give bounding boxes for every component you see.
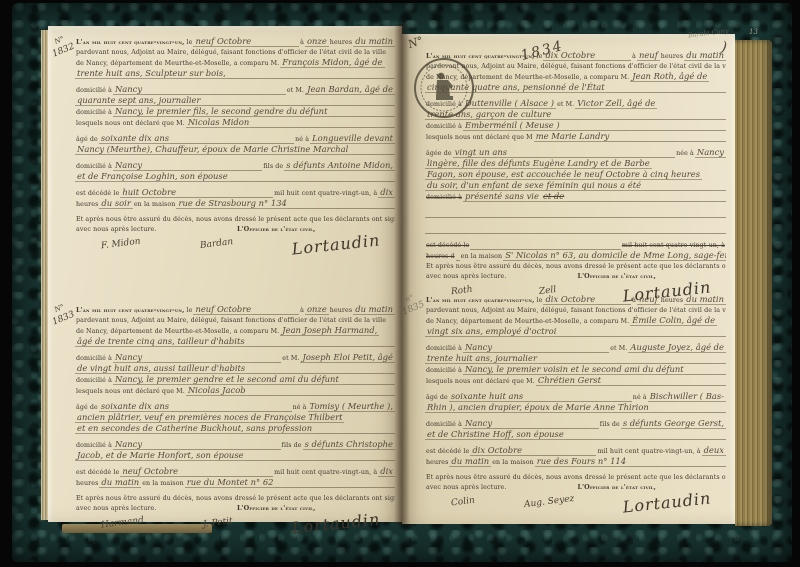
record-line: et en secondes de Catherine Buckhout, sa… (75, 423, 395, 434)
ruled-line (558, 326, 726, 337)
handwritten-entry: Emberménil ( Meuse ) (463, 120, 562, 131)
handwritten-entry: Nancy, le premier voisin et le second am… (463, 364, 686, 375)
record-line: Jacob, et de Marie Honfort, son épouse (75, 450, 395, 461)
printed-heading: L'an mil huit cent quatre-vingt-un, (75, 306, 185, 315)
ruled-line (144, 160, 262, 171)
ruled-line (203, 95, 395, 106)
ruled-line (566, 191, 726, 202)
witness-signature: Aug. Seyez (523, 494, 574, 510)
handwritten-entry: neuf Octobre (193, 304, 253, 315)
handwritten-entry: onze (305, 36, 329, 47)
handwritten-entry: Nancy (463, 418, 494, 429)
ruled-line (171, 401, 291, 412)
printed-text: et M. (286, 86, 305, 95)
printed-text: lesquels nous ont déclaré que M. (75, 119, 186, 128)
handwritten-entry: Nancy (Meurthe), Chauffeur, époux de Mar… (75, 144, 350, 155)
record-line: L'an mil huit cent quatre-vingt-un,leneu… (75, 304, 395, 315)
handwritten-entry: Nancy, le premier gendre et le second am… (113, 374, 341, 385)
record-line: ancien plâtrier, veuf en premières noces… (75, 412, 395, 423)
record-line: heuresdu matinen la maisonrue du Montet … (75, 477, 395, 488)
register-page-left: N°1832L'an mil huit cent quatre-vingt-un… (48, 26, 402, 522)
ruled-line (230, 171, 395, 182)
death-record-1832: N°1832L'an mil huit cent quatre-vingt-un… (75, 36, 395, 269)
register-page-right: N° 1834 ) L'an mil huit cent quatre-ving… (402, 34, 735, 524)
printed-text: heures (329, 38, 353, 47)
ruled-line (566, 429, 726, 440)
printed-text: domicilié à (75, 441, 113, 450)
printed-text: le (185, 306, 193, 315)
ruled-line (341, 374, 395, 385)
officer-signature: Lortaudin (622, 488, 712, 516)
printed-text: mil huit cent quatre-vingt-un, à (273, 468, 378, 477)
printed-heading: L'Officier de l'état civil, (577, 272, 657, 281)
ruled-line (525, 391, 632, 402)
record-line: trente ans, garçon de culture (425, 109, 726, 120)
handwritten-entry: du matin (449, 456, 491, 467)
record-line (425, 223, 726, 234)
printed-text: en la maison (141, 479, 185, 488)
record-line: Et après nous être assuré du décès, nous… (75, 493, 395, 503)
ruled-line (553, 109, 726, 120)
record-line: domicilié àNancy, le premier voisin et l… (425, 364, 726, 375)
printed-text: et M. (609, 344, 628, 353)
handwritten-entry: rue du Montet n° 62 (185, 477, 276, 488)
record-line: domicilié àDuttenville ( Alsace )et M.Vi… (425, 98, 726, 109)
ruled-line (329, 106, 395, 117)
handwritten-entry: Chrétien Gerst (536, 375, 603, 386)
handwritten-entry: Fagon, son épouse, est accouchée le neuf… (425, 169, 702, 180)
printed-heading: L'Officier de l'état civil, (236, 504, 316, 513)
act-number: n°1835 (397, 290, 425, 316)
handwritten-entry: Bischwiller ( Bas- (648, 391, 726, 402)
printed-text: pardevant nous, Adjoint au Maire, délégu… (75, 316, 387, 325)
handwritten-entry: neuf (637, 50, 660, 61)
printed-text: Et après nous être assuré du décès, nous… (75, 494, 395, 503)
handwritten-entry: Nancy (695, 147, 726, 158)
death-record-1835: n°1835L'an mil huit cent quatre-vingt-un… (425, 294, 726, 527)
handwritten-entry: Nicolas Midon (186, 117, 251, 128)
record-line: domicilié àprésenté sans vieet de (425, 191, 726, 202)
printed-text: avec nous après lecture. (425, 272, 507, 281)
record-line: pardevant nous, Adjoint au Maire, délégu… (75, 315, 395, 325)
printed-text-struck: mil huit cent quatre-vingt-un, à (621, 241, 726, 250)
record-line: domicilié àNancyet M.Jean Bardan, âgé de (75, 84, 395, 95)
handwritten-entry: s défunts Christophe (303, 439, 395, 450)
handwritten-entry: vingt un ans (453, 147, 509, 158)
ruled-line (246, 450, 395, 461)
handwritten-entry: du matin (353, 304, 395, 315)
ruled-line (178, 187, 273, 198)
handwritten-entry: Nancy (463, 342, 494, 353)
printed-text: de Nancy, département de Meurthe-et-Mose… (75, 59, 280, 68)
signature-row: ColinAug. SeyezLortaudin (425, 492, 726, 527)
handwritten-entry: soixante dix ans (99, 401, 171, 412)
record-line: âgé desoixante dix ansné àLongueville de… (75, 133, 395, 144)
handwritten-entry: présenté sans vie (463, 191, 541, 202)
ruled-line (314, 423, 395, 434)
record-line: Et après nous être assuré du décès, nous… (425, 261, 726, 271)
ruled-line (251, 117, 395, 128)
ruled-line (494, 342, 609, 353)
printed-text: pardevant nous, Adjoint au Maire, délégu… (425, 62, 726, 71)
printed-text-struck: domicilié à (425, 193, 463, 202)
printed-text: fils de (599, 420, 621, 429)
printed-text: né à (294, 135, 310, 144)
printed-text: mil huit cent quatre-vingt-un, à (273, 189, 378, 198)
ruled-line (180, 466, 273, 477)
record-line: est décédé ledix Octobremil huit cent qu… (425, 445, 726, 456)
witness-signature: Colin (450, 496, 475, 509)
record-line: âgé de trente cinq ans, tailleur d'habit… (75, 336, 395, 347)
printed-heading: L'an mil huit cent quatre-vingt-un, (75, 38, 185, 47)
ruled-line (275, 477, 395, 488)
printed-text: est décédé le (75, 189, 120, 198)
printed-text: âgé de (425, 393, 449, 402)
printed-heading: L'Officier de l'état civil, (236, 225, 316, 234)
handwritten-entry: S' Nicolas n° 63, au domicile de Mme Lon… (503, 250, 726, 261)
handwritten-entry: Longueville devant (310, 133, 395, 144)
printed-text: âgé de (75, 403, 99, 412)
record-line: domicilié àNancyet M.Auguste Joyez, âgé … (425, 342, 726, 353)
left-page-stack-edge (41, 30, 48, 520)
printed-text: Et après nous être assuré du décès, nous… (425, 473, 726, 482)
handwritten-entry: Nancy (113, 439, 144, 450)
printed-text: fils de (281, 441, 303, 450)
ruled-line (248, 385, 395, 396)
handwritten-entry: du matin (684, 294, 726, 305)
handwritten-entry: huit Octobre (120, 187, 178, 198)
handwritten-entry: Duttenville ( Alsace ) (463, 98, 556, 109)
record-line: domicilié àNancy, le premier gendre et l… (75, 374, 395, 385)
officer-signature: Lortaudin (291, 509, 381, 537)
ruled-line (597, 50, 631, 61)
printed-text-struck: heures d (425, 252, 456, 261)
ruled-line (611, 131, 726, 142)
record-line: domicilié àNancy, le premier fils, le se… (75, 106, 395, 117)
record-line: de vingt huit ans, aussi tailleur d'habi… (75, 363, 395, 374)
ruled-line (228, 68, 395, 79)
handwritten-entry: Nicolas Jacob (186, 385, 248, 396)
handwritten-entry: du matin (353, 36, 395, 47)
printed-text: âgé de (75, 135, 99, 144)
ruled-line (350, 144, 395, 155)
record-line: âgée devingt un ansnée àNancy (425, 147, 726, 158)
printed-text-struck: est décédé le (425, 241, 470, 250)
ruled-line (470, 239, 621, 250)
handwritten-entry: Rhin ), ancien drapier, époux de Marie A… (425, 402, 651, 413)
printed-text: heures (660, 52, 684, 61)
act-number: N°1833 (47, 300, 75, 326)
record-line: heures den la maisonS' Nicolas n° 63, au… (425, 250, 726, 261)
ruled-line (425, 207, 726, 218)
printed-text: est décédé le (425, 447, 470, 456)
handwritten-entry: du soir (99, 198, 132, 209)
printed-text: lesquels nous ont déclaré que M. (75, 387, 186, 396)
record-line: lesquels nous ont déclaré que M.Nicolas … (75, 385, 395, 396)
record-line: Rhin ), ancien drapier, époux de Marie A… (425, 402, 726, 413)
handwritten-entry: dix (378, 466, 395, 477)
printed-text: est décédé le (75, 468, 120, 477)
ruled-line (253, 304, 299, 315)
printed-text: mil huit cent quatre-vingt-un, à (596, 447, 701, 456)
ruled-line (144, 352, 281, 363)
handwritten-entry: rue des Fours n° 114 (535, 456, 628, 467)
death-record-1833: N°1833L'an mil huit cent quatre-vingt-un… (75, 304, 395, 548)
record-line: de Nancy, département de Meurthe-et-Mose… (75, 325, 395, 336)
ruled-line (494, 418, 599, 429)
printed-text: Et après nous être assuré du décès, nous… (75, 215, 395, 224)
record-line: est décédé leneuf Octobremil huit cent q… (75, 466, 395, 477)
printed-text: en la maison (460, 252, 504, 261)
handwritten-entry: Nancy (113, 352, 144, 363)
handwritten-entry: onze (305, 304, 329, 315)
handwritten-entry: Tomisy ( Meurthe ), (308, 401, 395, 412)
handwritten-entry: et de Christine Hoff, son épouse (425, 429, 566, 440)
printed-text: et M. (556, 100, 575, 109)
record-line: domicilié àNancyfils des défunts Antoine… (75, 160, 395, 171)
printed-text: pardevant nous, Adjoint au Maire, délégu… (75, 48, 387, 57)
witness-signature: F. Midon (101, 237, 142, 252)
record-line: âgé desoixante dix ansné àTomisy ( Meurt… (75, 401, 395, 412)
page-number-pencil: 13 (749, 28, 758, 36)
printed-text: née à (675, 149, 695, 158)
handwritten-entry: trente huit ans, Sculpteur sur bois, (75, 68, 228, 79)
record-line: heuresdu soiren la maisonrue de Strasbou… (75, 198, 395, 209)
record-line: lesquels nous ont déclaré que Mme Marie … (425, 131, 726, 142)
handwritten-entry: Nancy (113, 84, 144, 95)
handwritten-entry: deux (702, 445, 726, 456)
handwritten-entry: s défunts Antoine Midon, (284, 160, 395, 171)
record-line: pardevant nous, Adjoint au Maire, délégu… (425, 61, 726, 71)
record-line: et de Christine Hoff, son épouse (425, 429, 726, 440)
record-line: de Nancy, département de Meurthe-et-Mose… (425, 71, 726, 82)
handwritten-entry: de vingt huit ans, aussi tailleur d'habi… (75, 363, 247, 374)
ruled-line (144, 439, 280, 450)
ruled-line (289, 198, 395, 209)
handwritten-entry: Joseph Eloi Petit, âgé (300, 352, 395, 363)
handwritten-entry: dix Octobre (543, 294, 597, 305)
photo-of-open-register: { "document": { "kind": "registre des ac… (0, 0, 800, 567)
printed-text: âgée de (425, 149, 453, 158)
ruled-line (686, 364, 726, 375)
witness-signature: J. Petit (203, 516, 234, 530)
ruled-line (509, 147, 675, 158)
printed-text: fils de (262, 162, 284, 171)
record-line: domicilié àEmberménil ( Meuse ) (425, 120, 726, 131)
record-line: trente huit ans, Sculpteur sur bois, (75, 68, 395, 79)
printed-heading: L'an mil huit cent quatre-vingt-un, (425, 296, 535, 305)
handwritten-entry: Émile Colin, âgé de (630, 315, 717, 326)
handwritten-entry: dix (378, 187, 395, 198)
printed-text: domicilié à (75, 162, 113, 171)
printed-text: heures (329, 306, 353, 315)
printed-text: né à (292, 403, 308, 412)
handwritten-entry: Victor Zell, âgé de (575, 98, 657, 109)
record-line: trente huit ans, journalier (425, 353, 726, 364)
printed-text: heures (75, 200, 99, 209)
printed-text: de Nancy, département de Meurthe-et-Mose… (75, 327, 280, 336)
printed-text: et M. (281, 354, 300, 363)
handwritten-entry: me Marie Landry (534, 131, 611, 142)
handwritten-entry: François Midon, âgé de (280, 57, 384, 68)
handwritten-entry: neuf Octobre (193, 36, 253, 47)
handwritten-entry: et de Françoise Loghin, son épouse (75, 171, 230, 182)
handwritten-entry: neuf (637, 294, 660, 305)
printed-text: domicilié à (425, 366, 463, 375)
record-line: avec nous après lecture.L'Officier de l'… (75, 224, 395, 234)
record-line: de Nancy, département de Meurthe-et-Mose… (75, 57, 395, 68)
record-line: est décédé lemil huit cent quatre-vingt-… (425, 239, 726, 250)
ruled-line (643, 180, 726, 191)
handwritten-entry: quarante sept ans, journalier (75, 95, 203, 106)
ruled-line (651, 402, 726, 413)
handwritten-entry: s défunts George Gerst, (621, 418, 726, 429)
handwritten-entry: du matin (99, 477, 141, 488)
record-line: âgé desoixante huit ansné àBischwiller (… (425, 391, 726, 402)
printed-text: domicilié à (425, 344, 463, 353)
record-line: de Nancy, département de Meurthe-et-Mose… (425, 315, 726, 326)
record-line: pardevant nous, Adjoint au Maire, délégu… (75, 47, 395, 57)
handwritten-entry: trente huit ans, journalier (425, 353, 539, 364)
officer-signature: Lortaudin (291, 230, 381, 258)
printed-text: domicilié à (425, 420, 463, 429)
record-line: lesquels nous ont déclaré que M.Chrétien… (425, 375, 726, 386)
handwritten-entry: Jean Roth, âgé de (630, 71, 709, 82)
ruled-line (628, 456, 726, 467)
printed-text: lesquels nous ont déclaré que M. (425, 377, 536, 386)
printed-text: le (535, 296, 543, 305)
record-line: pardevant nous, Adjoint au Maire, délégu… (425, 305, 726, 315)
handwritten-entry: lingère, fille des défunts Eugène Landry… (425, 158, 652, 169)
witness-signature: Bardan (199, 237, 233, 251)
ruled-line (425, 223, 726, 234)
printed-text: avec nous après lecture. (75, 504, 157, 513)
record-line: vingt six ans, employé d'octroi (425, 326, 726, 337)
ruled-line (562, 120, 726, 131)
record-line: L'an mil huit cent quatre-vingt-un,ledix… (425, 294, 726, 305)
handwritten-entry: Jacob, et de Marie Honfort, son épouse (75, 450, 246, 461)
signature-row: F. MidonBardanLortaudin (75, 234, 395, 269)
handwritten-entry: rue de Strasbourg n° 134 (176, 198, 288, 209)
signature-row: HarmandJ. PetitLortaudin (75, 513, 395, 548)
handwritten-entry: et en secondes de Catherine Buckhout, sa… (75, 423, 314, 434)
printed-text: de Nancy, département de Meurthe-et-Mose… (425, 317, 630, 326)
record-line: Et après nous être assuré du décès, nous… (75, 214, 395, 224)
handwritten-entry: âgé de trente cinq ans, tailleur d'habit… (75, 336, 247, 347)
ruled-line (524, 445, 596, 456)
handwritten-entry: cinquante quatre ans, pensionné de l'Éta… (425, 82, 607, 93)
act-number: N°1832 (47, 32, 75, 58)
ruled-line (247, 336, 395, 347)
record-line: domicilié àNancyet M.Joseph Eloi Petit, … (75, 352, 395, 363)
printed-text: né à (632, 393, 648, 402)
handwritten-entry: du soir, d'un enfant de sexe féminin qui… (425, 180, 643, 191)
printed-text: de Nancy, département de Meurthe-et-Mose… (425, 73, 630, 82)
record-line: Nancy (Meurthe), Chauffeur, époux de Mar… (75, 144, 395, 155)
printed-text: domicilié à (425, 100, 463, 109)
right-page-block-fore-edge (735, 40, 772, 526)
handwritten-entry: vingt six ans, employé d'octroi (425, 326, 558, 337)
record-line: du soir, d'un enfant de sexe féminin qui… (425, 180, 726, 191)
record-line: et de Françoise Loghin, son épouse (75, 171, 395, 182)
margin-number-label: N° (406, 34, 424, 51)
handwritten-entry: Jean Joseph Harmand, (280, 325, 379, 336)
handwritten-entry: soixante dix ans (99, 133, 171, 144)
handwritten-entry: ancien plâtrier, veuf en premières noces… (75, 412, 344, 423)
ruled-line (539, 353, 726, 364)
ruled-line (144, 84, 286, 95)
record-line (425, 207, 726, 218)
printed-text: domicilié à (75, 376, 113, 385)
record-line: L'an mil huit cent quatre-vingt-un,ledix… (425, 50, 726, 61)
ruled-line (597, 294, 631, 305)
printed-text: en la maison (133, 200, 177, 209)
ruled-line (607, 82, 726, 93)
handwritten-entry: Jean Bardan, âgé de (305, 84, 395, 95)
record-line: Et après nous être assuré du décès, nous… (425, 472, 726, 482)
record-line: quarante sept ans, journalier (75, 95, 395, 106)
record-line: L'an mil huit cent quatre-vingt-un,leneu… (75, 36, 395, 47)
handwritten-entry: dix Octobre (470, 445, 524, 456)
record-line: domicilié àNancyfils des défunts Christo… (75, 439, 395, 450)
ruled-line (171, 133, 294, 144)
handwritten-struck: et de (541, 191, 566, 202)
printed-text: avec nous après lecture. (425, 483, 507, 492)
record-line: avec nous après lecture.L'Officier de l'… (75, 503, 395, 513)
printed-text: avec nous après lecture. (75, 225, 157, 234)
record-line: Fagon, son épouse, est accouchée le neuf… (425, 169, 726, 180)
handwritten-entry: Nancy, le premier fils, le second gendre… (113, 106, 329, 117)
ruled-line (247, 363, 395, 374)
ruled-line (253, 36, 299, 47)
printed-text: Et après nous être assuré du décès, nous… (425, 262, 726, 271)
record-line: lesquels nous ont déclaré que M.Nicolas … (75, 117, 395, 128)
printed-text: domicilié à (75, 354, 113, 363)
printed-heading: L'an mil huit cent quatre-vingt-un, (425, 52, 535, 61)
printed-text: lesquels nous ont déclaré que M (425, 133, 534, 142)
printed-text: pardevant nous, Adjoint au Maire, délégu… (425, 306, 726, 315)
handwritten-entry: trente ans, garçon de culture (425, 109, 553, 120)
printed-text: en la maison (491, 458, 535, 467)
record-line: lingère, fille des défunts Eugène Landry… (425, 158, 726, 169)
stillbirth-record-1834: L'an mil huit cent quatre-vingt-un,ledix… (425, 50, 726, 316)
handwritten-entry: du matin (684, 50, 726, 61)
printed-heading: L'Officier de l'état civil, (577, 483, 657, 492)
handwritten-entry: soixante huit ans (449, 391, 525, 402)
printed-text: domicilié à (75, 86, 113, 95)
handwritten-entry: Auguste Joyez, âgé de (628, 342, 726, 353)
printed-text: le (185, 38, 193, 47)
record-line: est décédé lehuit Octobremil huit cent q… (75, 187, 395, 198)
record-line: heuresdu matinen la maisonrue des Fours … (425, 456, 726, 467)
ruled-line (603, 375, 726, 386)
witness-signature: Harmand (101, 515, 145, 530)
printed-text: heures (75, 479, 99, 488)
printed-text: domicilié à (425, 122, 463, 131)
handwritten-entry: Nancy (113, 160, 144, 171)
record-line: domicilié àNancyfils des défunts George … (425, 418, 726, 429)
printed-text: heures (660, 296, 684, 305)
record-line: cinquante quatre ans, pensionné de l'Éta… (425, 82, 726, 93)
handwritten-entry: neuf Octobre (120, 466, 180, 477)
printed-text: heures (425, 458, 449, 467)
printed-text: domicilié à (75, 108, 113, 117)
